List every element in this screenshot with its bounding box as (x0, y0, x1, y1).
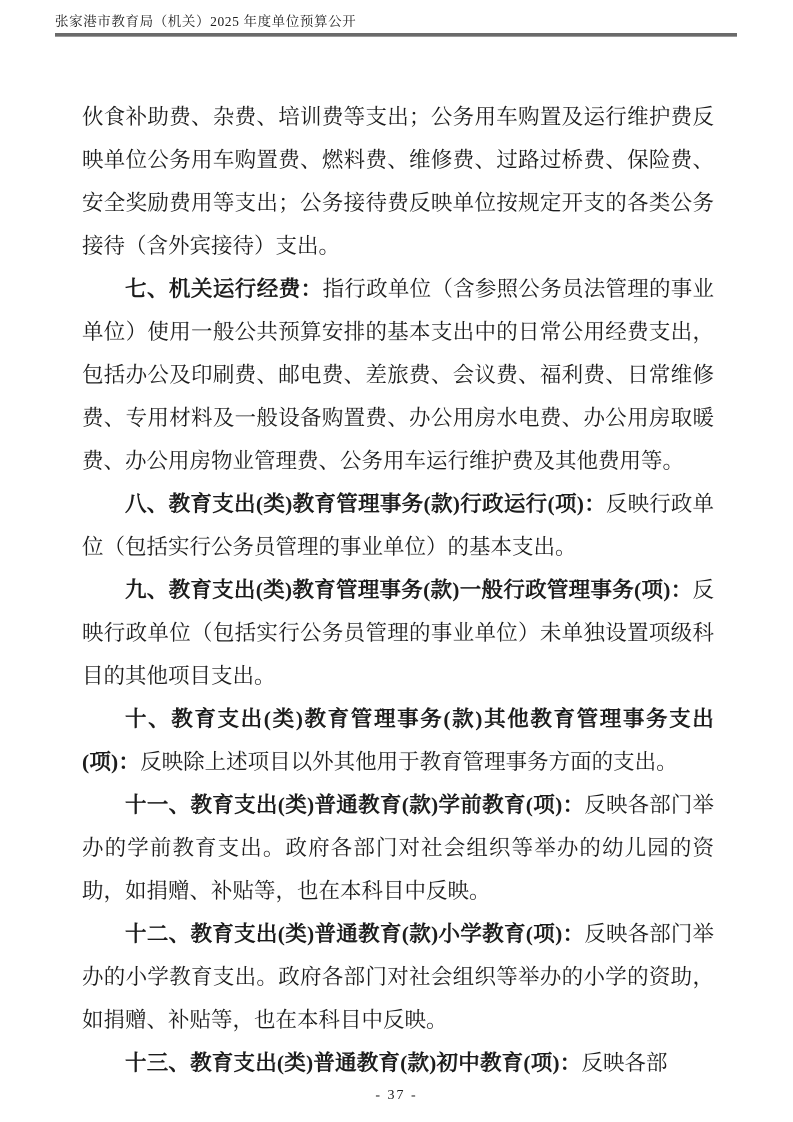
paragraph-text: 反映除上述项目以外其他用于教育管理事务方面的支出。 (140, 750, 678, 774)
paragraph-lead: 十三、教育支出(类)普通教育(款)初中教育(项)： (125, 1051, 581, 1075)
paragraph-item-12: 十二、教育支出(类)普通教育(款)小学教育(项)：反映各部门举办的小学教育支出。… (82, 913, 714, 1042)
paragraph-lead: 八、教育支出(类)教育管理事务(款)行政运行(项)： (125, 492, 606, 516)
paragraph-lead: 十一、教育支出(类)普通教育(款)学前教育(项)： (125, 793, 584, 817)
paragraph-text: 指行政单位（含参照公务员法管理的事业单位）使用一般公共预算安排的基本支出中的日常… (82, 277, 714, 473)
paragraph-item-11: 十一、教育支出(类)普通教育(款)学前教育(项)：反映各部门举办的学前教育支出。… (82, 784, 714, 913)
paragraph-item-13: 十三、教育支出(类)普通教育(款)初中教育(项)：反映各部 (82, 1042, 714, 1085)
paragraph-item-7: 七、机关运行经费：指行政单位（含参照公务员法管理的事业单位）使用一般公共预算安排… (82, 268, 714, 483)
paragraph-continuation: 伙食补助费、杂费、培训费等支出；公务用车购置及运行维护费反映单位公务用车购置费、… (82, 96, 714, 268)
paragraph-item-8: 八、教育支出(类)教育管理事务(款)行政运行(项)：反映行政单位（包括实行公务员… (82, 483, 714, 569)
paragraph-text: 反映各部 (581, 1051, 667, 1075)
document-page: 张家港市教育局（机关）2025 年度单位预算公开 伙食补助费、杂费、培训费等支出… (0, 0, 793, 1122)
paragraph-lead: 七、机关运行经费： (125, 277, 323, 301)
paragraph-item-9: 九、教育支出(类)教育管理事务(款)一般行政管理事务(项)：反映行政单位（包括实… (82, 569, 714, 698)
header-title: 张家港市教育局（机关）2025 年度单位预算公开 (55, 13, 737, 30)
page-header: 张家港市教育局（机关）2025 年度单位预算公开 (55, 13, 737, 37)
page-number: - 37 - (375, 1088, 417, 1103)
header-rule (55, 33, 737, 37)
paragraph-item-10: 十、教育支出(类)教育管理事务(款)其他教育管理事务支出(项)：反映除上述项目以… (82, 698, 714, 784)
document-body: 伙食补助费、杂费、培训费等支出；公务用车购置及运行维护费反映单位公务用车购置费、… (82, 96, 714, 1085)
paragraph-lead: 十二、教育支出(类)普通教育(款)小学教育(项)： (125, 922, 584, 946)
paragraph-lead: 九、教育支出(类)教育管理事务(款)一般行政管理事务(项)： (125, 578, 692, 602)
paragraph-text: 伙食补助费、杂费、培训费等支出；公务用车购置及运行维护费反映单位公务用车购置费、… (82, 105, 714, 258)
page-footer: - 37 - (0, 1086, 793, 1104)
